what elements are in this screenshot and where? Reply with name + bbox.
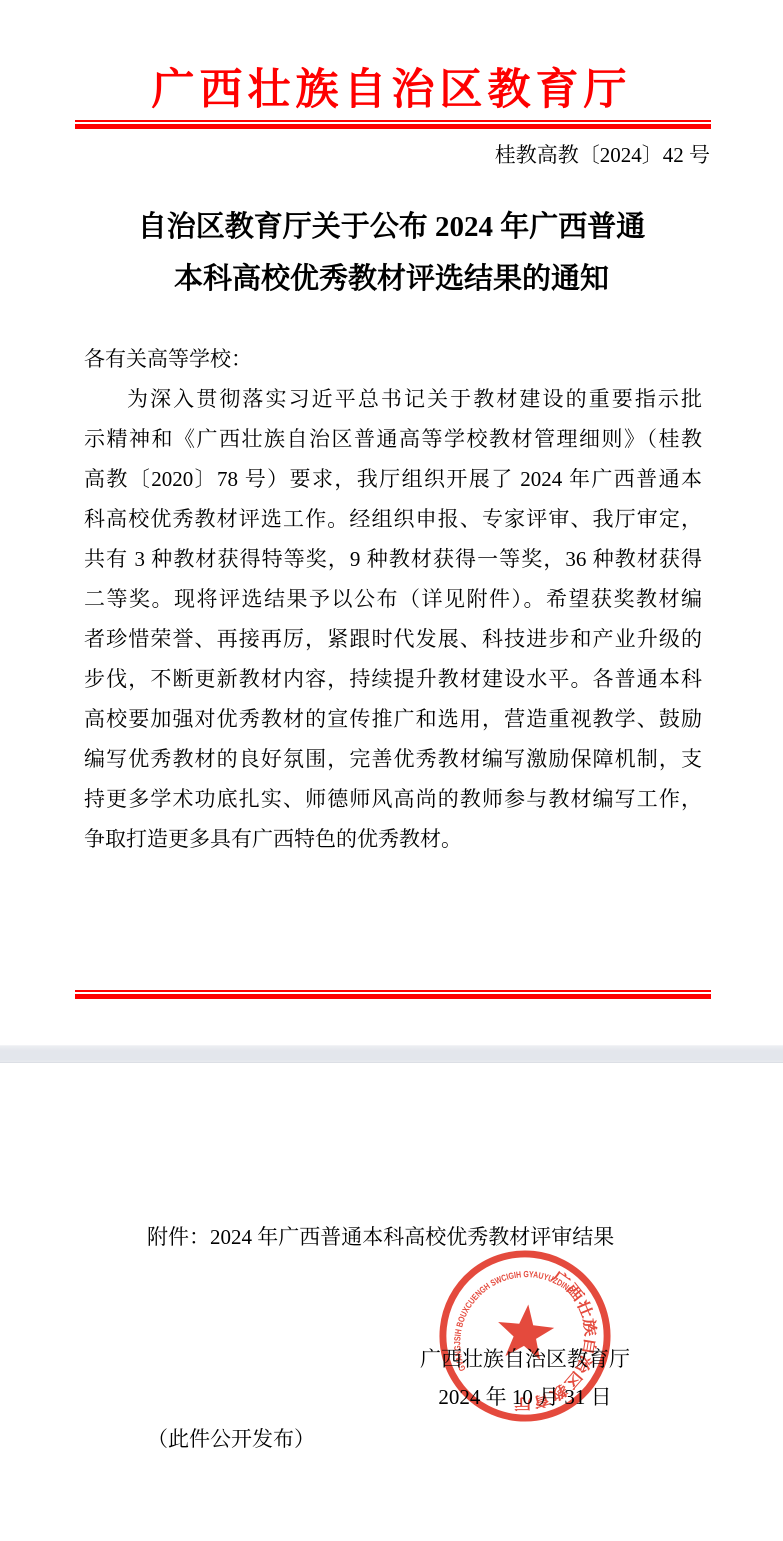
document-number: 桂教高教〔2024〕42 号 xyxy=(495,139,710,169)
body-line: 争取打造更多具有广西特色的优秀教材。 xyxy=(84,819,702,859)
body-line: 为深入贯彻落实习近平总书记关于教材建设的重要指示批 xyxy=(84,379,702,419)
body-line: 高教〔2020〕78 号）要求，我厅组织开展了 2024 年广西普通本 xyxy=(84,459,702,499)
body-line: 科高校优秀教材评选工作。经组织申报、专家评审、我厅审定， xyxy=(84,499,702,539)
body-line: 二等奖。现将评选结果予以公布（详见附件）。希望获奖教材编 xyxy=(84,579,702,619)
attachment-line: 附件：2024 年广西普通本科高校优秀教材评审结果 xyxy=(147,1221,614,1251)
document-title: 自治区教育厅关于公布 2024 年广西普通 本科高校优秀教材评选结果的通知 xyxy=(0,201,783,305)
body-paragraph: 为深入贯彻落实习近平总书记关于教材建设的重要指示批示精神和《广西壮族自治区普通高… xyxy=(84,379,702,859)
document-title-line-2: 本科高校优秀教材评选结果的通知 xyxy=(0,253,783,305)
body-line: 高校要加强对优秀教材的宣传推广和选用，营造重视教学、鼓励 xyxy=(84,699,702,739)
seal-star-icon xyxy=(495,1302,557,1361)
document-body: 各有关高等学校： 为深入贯彻落实习近平总书记关于教材建设的重要指示批示精神和《广… xyxy=(84,339,702,859)
document-page-1: 广西壮族自治区教育厅 桂教高教〔2024〕42 号 自治区教育厅关于公布 202… xyxy=(0,0,783,1045)
document-viewer: 广西壮族自治区教育厅 桂教高教〔2024〕42 号 自治区教育厅关于公布 202… xyxy=(0,0,783,1541)
body-line: 步伐，不断更新教材内容，持续提升教材建设水平。各普通本科 xyxy=(84,659,702,699)
body-line: 示精神和《广西壮族自治区普通高等学校教材管理细则》（桂教 xyxy=(84,419,702,459)
body-line: 共有 3 种教材获得特等奖，9 种教材获得一等奖，36 种教材获得 xyxy=(84,539,702,579)
agency-header: 广西壮族自治区教育厅 xyxy=(0,56,783,117)
body-line: 持更多学术功底扎实、师德师风高尚的教师参与教材编写工作， xyxy=(84,779,702,819)
body-line: 者珍惜荣誉、再接再厉，紧跟时代发展、科技进步和产业升级的 xyxy=(84,619,702,659)
page-break-separator xyxy=(0,1045,783,1063)
document-title-line-1: 自治区教育厅关于公布 2024 年广西普通 xyxy=(0,201,783,253)
header-red-rule xyxy=(75,120,711,129)
footer-red-rule xyxy=(75,990,711,999)
public-release-note: （此件公开发布） xyxy=(147,1423,315,1453)
salutation: 各有关高等学校： xyxy=(84,339,702,379)
document-page-2: 附件：2024 年广西普通本科高校优秀教材评审结果 广西壮族自治区教育厅 202… xyxy=(0,1063,783,1541)
official-seal-icon: GVANGJSIH BOUXCUENGH SWCIGIH GYAUYUZDING… xyxy=(427,1238,623,1434)
body-line: 编写优秀教材的良好氛围，完善优秀教材编写激励保障机制，支 xyxy=(84,739,702,779)
